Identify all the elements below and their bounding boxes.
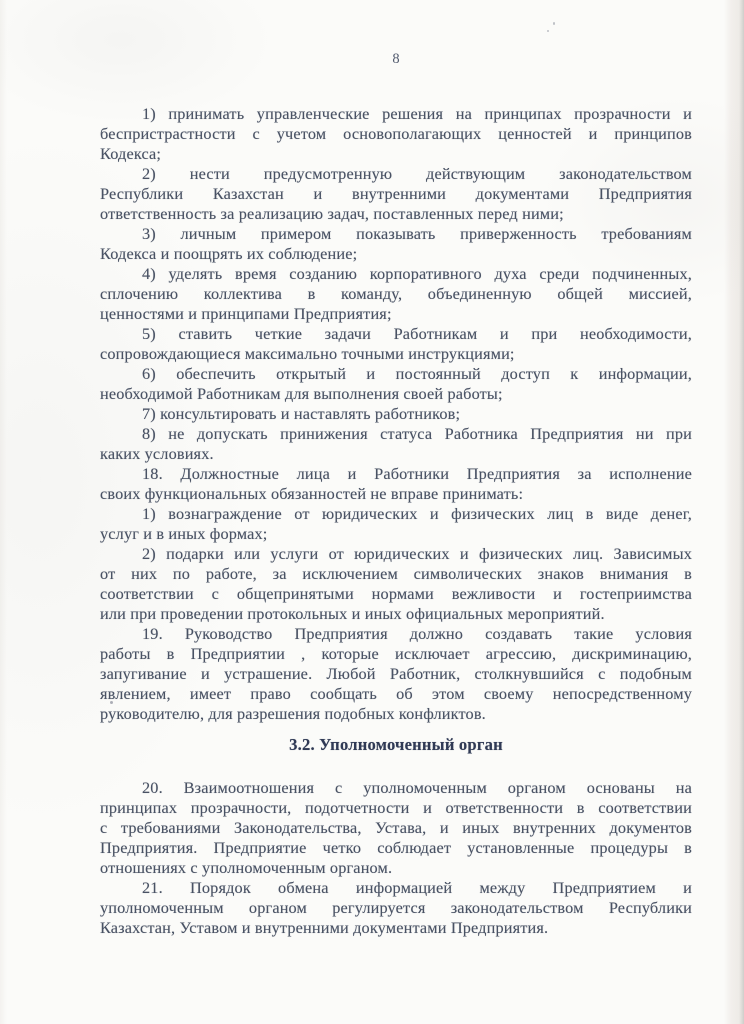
text-line: принципах прозрачности, подотчетности и … [100,798,692,818]
paragraph: 6) обеспечить открытый и постоянный дост… [100,364,692,404]
paragraph: 19. Руководство Предприятия должно созда… [100,624,692,724]
body-paragraphs: 1) принимать управленческие решения на п… [100,104,692,724]
section-paragraphs: 20. Взаимоотношения с уполномоченным орг… [100,778,692,938]
paragraph: 18. Должностные лица и Работники Предпри… [100,464,692,504]
text-line: необходимой Работникам для выполнения св… [100,384,692,404]
page-number: 8 [100,50,692,68]
text-line: 19. Руководство Предприятия должно созда… [100,624,692,644]
text-line: Предприятия. Предприятие четко соблюдает… [100,838,692,858]
text-line: беспристрастности с учетом основополагаю… [100,124,692,144]
scanned-document-page: 8 1) принимать управленческие решения на… [0,0,744,1024]
text-line: работы в Предприятии , которые исключает… [100,644,692,664]
text-line: ценностями и принципами Предприятия; [100,304,692,324]
text-line: Республики Казахстан и внутренними докум… [100,184,692,204]
text-line: Кодекса и поощрять их соблюдение; [100,244,692,264]
paragraph: 21. Порядок обмена информацией между Пре… [100,878,692,938]
text-line: сопровождающиеся максимально точными инс… [100,344,692,364]
text-line: ответственность за реализацию задач, пос… [100,204,692,224]
text-line: с требованиями Законодательства, Устава,… [100,818,692,838]
text-line: каких условиях. [100,444,692,464]
scan-speck [553,22,555,25]
text-line: своих функциональных обязанностей не впр… [100,484,692,504]
paragraph: 4) уделять время созданию корпоративного… [100,264,692,324]
text-line: уполномоченным органом регулируется зако… [100,898,692,918]
text-line: 8) не допускать принижения статуса Работ… [100,424,692,444]
text-line: Казахстан, Уставом и внутренними докумен… [100,918,692,938]
text-line: соответствии с общепринятыми нормами веж… [100,584,692,604]
text-line: 5) ставить четкие задачи Работникам и пр… [100,324,692,344]
paragraph: 2) подарки или услуги от юридических и ф… [100,544,692,624]
text-line: отношениях с уполномоченным органом. [100,858,692,878]
text-line: услуг и в иных формах; [100,524,692,544]
paragraph: 1) вознаграждение от юридических и физич… [100,504,692,544]
scan-speck [110,701,113,704]
text-line: или при проведении протокольных и иных о… [100,604,692,624]
text-line: сплочению коллектива в команду, объедине… [100,284,692,304]
paragraph: 1) принимать управленческие решения на п… [100,104,692,164]
document-body: 1) принимать управленческие решения на п… [100,104,692,938]
text-line: 1) принимать управленческие решения на п… [100,104,692,124]
paragraph: 2) нести предусмотренную действующим зак… [100,164,692,224]
text-line: 7) консультировать и наставлять работник… [100,404,692,424]
text-line: 21. Порядок обмена информацией между Пре… [100,878,692,898]
paragraph: 8) не допускать принижения статуса Работ… [100,424,692,464]
scan-speck [547,30,549,32]
text-line: 18. Должностные лица и Работники Предпри… [100,464,692,484]
text-line: запугивание и устрашение. Любой Работник… [100,664,692,684]
text-line: 3) личным примером показывать приверженн… [100,224,692,244]
paragraph: 7) консультировать и наставлять работник… [100,404,692,424]
paragraph: 5) ставить четкие задачи Работникам и пр… [100,324,692,364]
text-line: 1) вознаграждение от юридических и физич… [100,504,692,524]
text-line: 2) подарки или услуги от юридических и ф… [100,544,692,564]
text-line: 2) нести предусмотренную действующим зак… [100,164,692,184]
text-line: 4) уделять время созданию корпоративного… [100,264,692,284]
text-line: руководителю, для разрешения подобных ко… [100,704,692,724]
text-line: 6) обеспечить открытый и постоянный дост… [100,364,692,384]
scan-speck [231,130,233,133]
paragraph: 3) личным примером показывать приверженн… [100,224,692,264]
paragraph: 20. Взаимоотношения с уполномоченным орг… [100,778,692,878]
text-line: Кодекса; [100,144,692,164]
section-heading: 3.2. Уполномоченный орган [100,735,692,755]
text-line: 20. Взаимоотношения с уполномоченным орг… [100,778,692,798]
text-line: от них по работе, за исключением символи… [100,564,692,584]
text-line: явлением, имеет право сообщать об этом с… [100,684,692,704]
